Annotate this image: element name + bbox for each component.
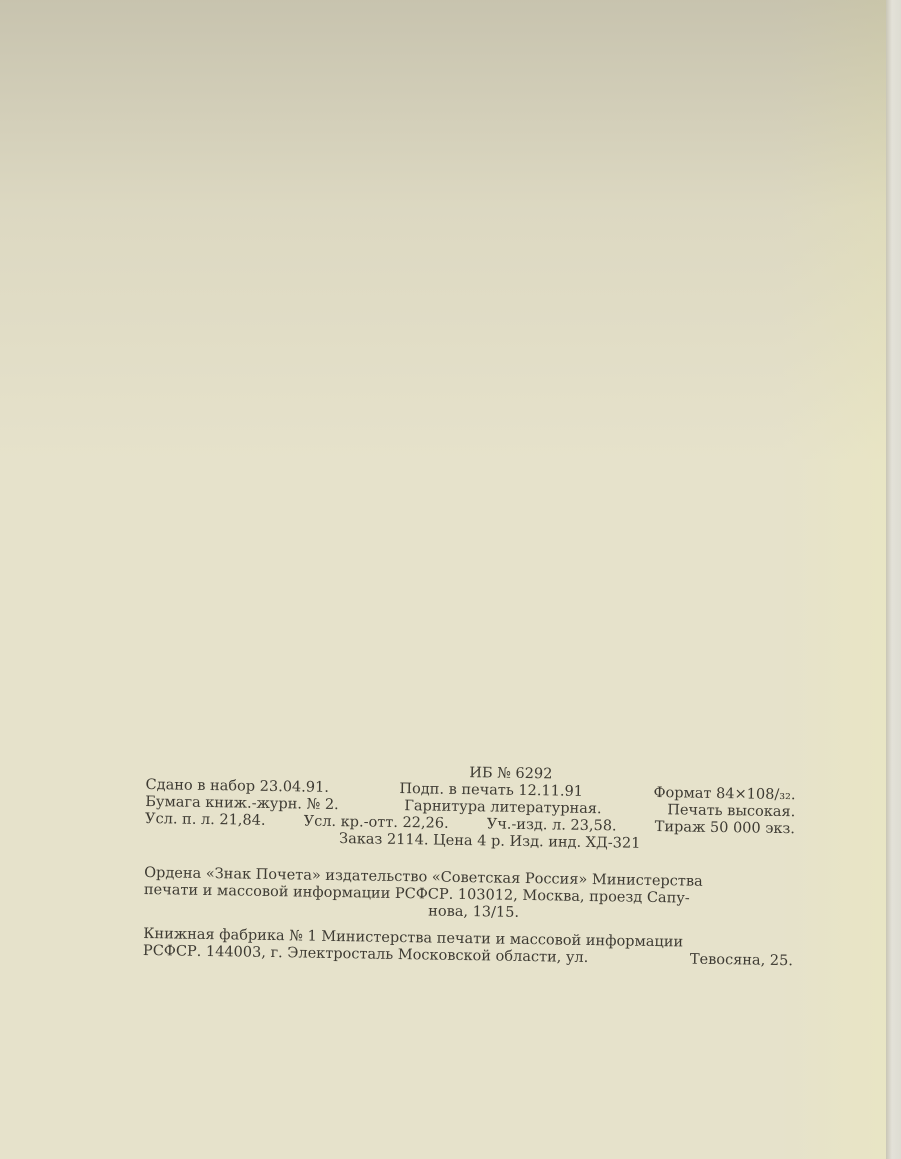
page-edge [886,0,901,1159]
print-run: Тираж 50 000 экз. [655,819,796,838]
book-page: ИБ № 6292 Сдано в набор 23.04.91. Подп. … [0,0,886,1159]
print-method: Печать высокая. [667,802,795,821]
color-prints: Усл. кр.-отт. 22,26. [304,813,449,832]
publisher-sheets: Уч.-изд. л. 23,58. [487,816,617,835]
publisher-block: Ордена «Знак Почета» издательство «Совет… [144,865,795,926]
imprint-block: ИБ № 6292 Сдано в набор 23.04.91. Подп. … [143,760,796,970]
printer-block: Книжная фабрика № 1 Министерства печати … [143,926,793,970]
printed-sheets: Усл. п. л. 21,84. [145,811,266,830]
printer-street: Тевосяна, 25. [690,952,793,971]
